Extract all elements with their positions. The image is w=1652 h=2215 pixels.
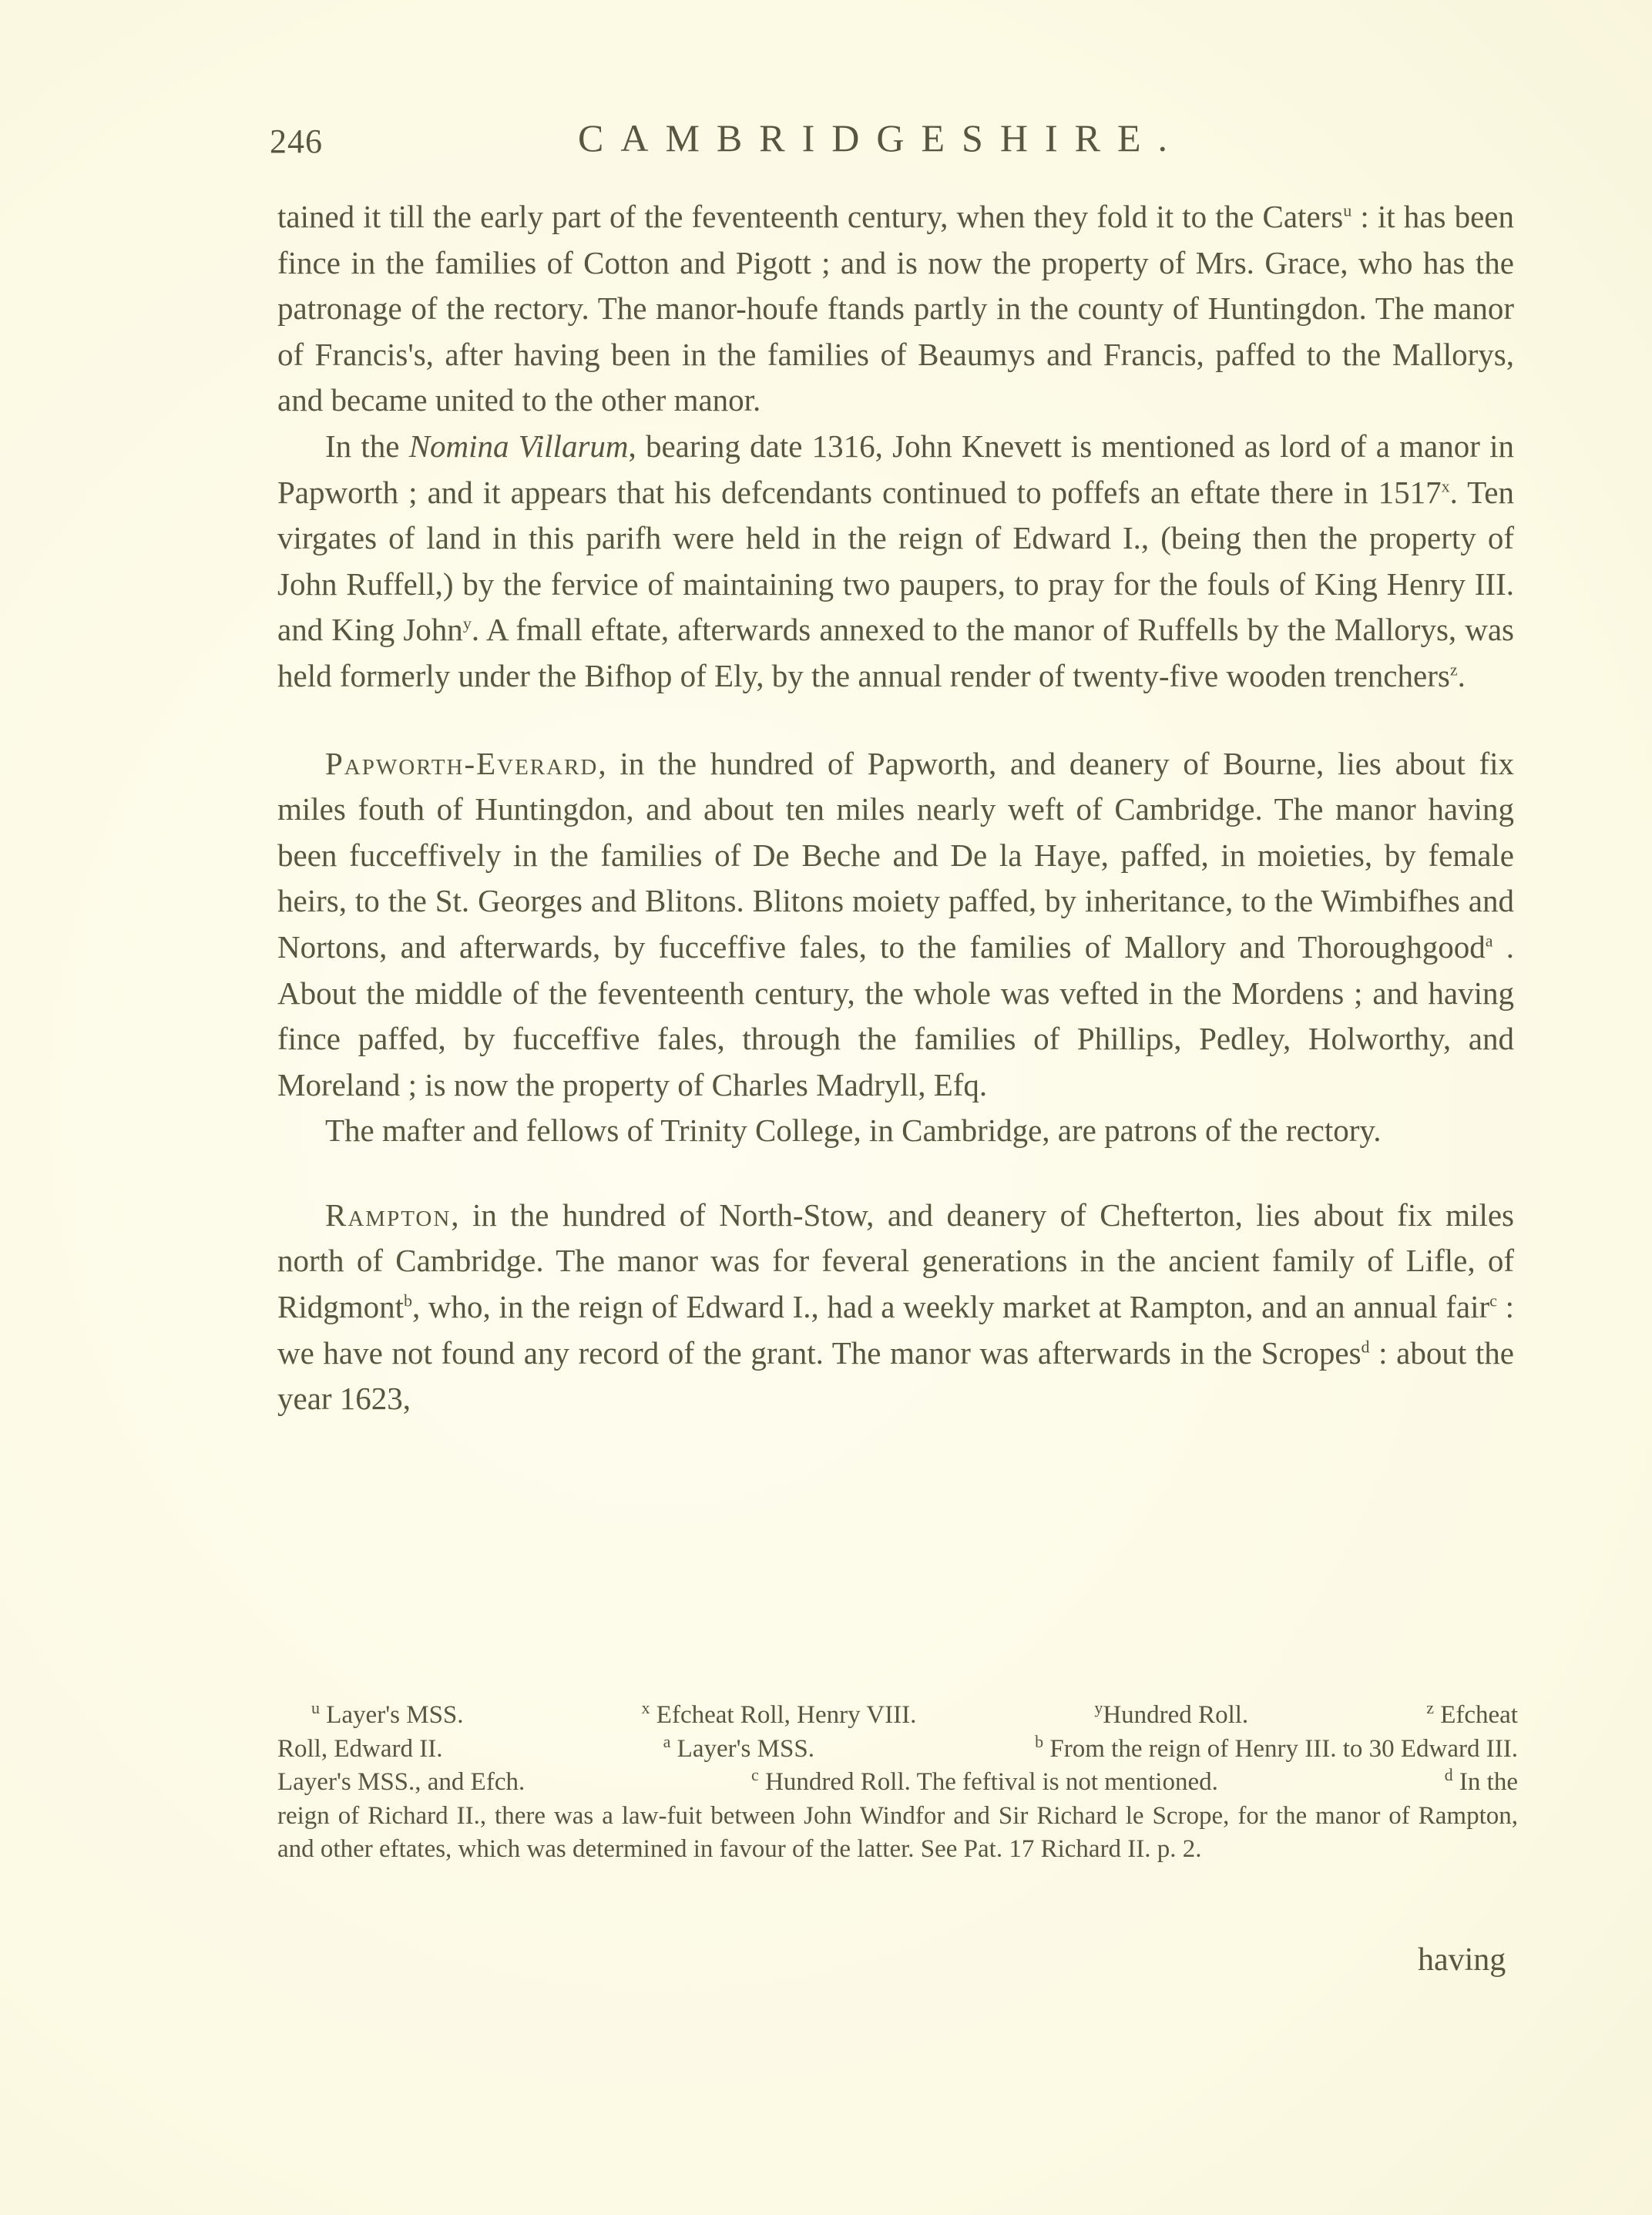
- footnote-ref-u: u: [1343, 200, 1351, 220]
- footnote-line-1: u Layer's MSS. x Efcheat Roll, Henry VII…: [277, 1699, 1518, 1733]
- page-number: 246: [270, 122, 323, 161]
- footnote-d-continued: reign of Richard II., there was a law-fu…: [277, 1800, 1518, 1867]
- footnote-b-continued: Layer's MSS., and Efch.: [277, 1766, 525, 1800]
- section-gap: [277, 1154, 1514, 1193]
- footnote-u: u Layer's MSS.: [311, 1699, 464, 1733]
- footnote-b: b From the reign of Henry III. to 30 Edw…: [1035, 1733, 1518, 1767]
- running-title: CAMBRIDGESHIRE.: [578, 116, 1184, 160]
- footnote-d: d In the: [1445, 1766, 1518, 1800]
- paragraph-nomina-villarum: In the Nomina Villarum, bearing date 131…: [277, 424, 1514, 700]
- paragraph-papworth-everard: Papworth-Everard, in the hundred of Papw…: [277, 741, 1514, 1109]
- footnote-ref-y: y: [463, 614, 472, 633]
- footnote-ref-b: b: [404, 1290, 412, 1310]
- footnote-z: z Efcheat: [1426, 1699, 1518, 1733]
- footnote-c: c Hundred Roll. The feftival is not ment…: [751, 1766, 1218, 1800]
- catchword: having: [1418, 1941, 1506, 1978]
- footnote-line-3: Layer's MSS., and Efch. c Hundred Roll. …: [277, 1766, 1518, 1800]
- paragraph-trinity-patrons: The mafter and fellows of Trinity Colleg…: [277, 1108, 1514, 1154]
- footnote-x: x Efcheat Roll, Henry VIII.: [642, 1699, 917, 1733]
- footnotes: u Layer's MSS. x Efcheat Roll, Henry VII…: [277, 1699, 1518, 1867]
- footnote-ref-a: a: [1486, 931, 1493, 950]
- footnote-ref-d: d: [1362, 1337, 1370, 1356]
- book-page: 246 CAMBRIDGESHIRE. tained it till the e…: [0, 0, 1652, 2215]
- paragraph-papworth-st-agnes-continuation: tained it till the early part of the fev…: [277, 194, 1514, 424]
- footnote-ref-c: c: [1489, 1290, 1497, 1310]
- footnote-ref-z: z: [1450, 659, 1458, 679]
- place-heading-papworth-everard: Papworth-Everard: [325, 746, 598, 781]
- footnote-a: a Layer's MSS.: [663, 1733, 814, 1767]
- running-head: 246 CAMBRIDGESHIRE.: [270, 116, 1518, 169]
- section-gap: [277, 700, 1514, 741]
- footnote-ref-x: x: [1442, 476, 1450, 495]
- footnote-line-2: Roll, Edward II. a Layer's MSS. b From t…: [277, 1733, 1518, 1767]
- footnote-y: yHundred Roll.: [1094, 1699, 1248, 1733]
- body-text: tained it till the early part of the fev…: [277, 194, 1514, 1422]
- paragraph-rampton: Rampton, in the hundred of North-Stow, a…: [277, 1193, 1514, 1422]
- italic-title: Nomina Villarum: [409, 428, 629, 464]
- footnote-z-continued: Roll, Edward II.: [277, 1733, 442, 1767]
- place-heading-rampton: Rampton: [325, 1197, 451, 1233]
